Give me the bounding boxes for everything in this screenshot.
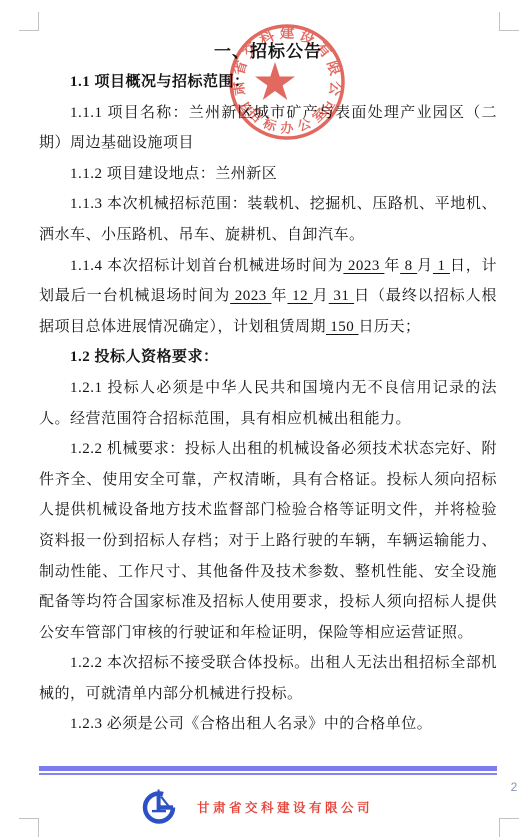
text-run: 日历天； [359,319,421,335]
text-boundary-corner-mark [19,818,39,837]
footer-rule-thick-line [39,766,497,771]
logo-cable [161,797,169,807]
text-run: 1.2.1 投标人必须是中华人民共和国境内无不良信用记录的法人。经营范围符合招标… [39,380,497,427]
text-run: 1.1 项目概况与招标范围： [70,74,250,90]
section-heading: 1.1 项目概况与招标范围： [39,67,497,98]
text-run: 1.2 投标人资格要求： [70,349,219,365]
text-run: 年 [271,288,287,304]
paragraph: 1.1.3 本次机械招标范围：装载机、挖掘机、压路机、平地机、洒水车、小压路机、… [39,189,497,250]
paragraph: 1.2.3 必须是公司《合格出租人名录》中的合格单位。 [39,709,497,740]
paragraph: 1.1.4 本次招标计划首台机械进场时间为 2023 年 8 月 1 日，计划最… [39,251,497,343]
underlined-value: 2023 [343,258,384,274]
footer-rule-thin-line [39,773,497,775]
text-run: 1.1.1 项目名称：兰州新区城市矿产与表面处理产业园区（二期）周边基础设施项目 [39,105,497,152]
underlined-value: 2023 [230,288,271,304]
page-number: 2 [507,780,521,794]
logo-base [152,810,166,812]
paragraph: 1.2.2 本次招标不接受联合体投标。出租人无法出租招标全部机械的，可就清单内部… [39,648,497,709]
text-run: 月 [417,258,433,274]
text-run: 1.2.2 机械要求：投标人出租的机械设备必须技术状态完好、附件齐全、使用安全可… [39,441,497,641]
underlined-value: 12 [287,288,312,304]
footer-company-name: 甘肃省交科建设有限公司 [197,798,373,816]
section-heading: 1.2 投标人资格要求： [39,342,497,373]
underlined-value: 31 [329,288,354,304]
text-boundary-corner-mark [499,818,519,837]
text-run: 1.1.3 本次机械招标范围：装载机、挖掘机、压路机、平地机、洒水车、小压路机、… [39,196,497,243]
underlined-value: 8 [400,258,417,274]
paragraph: 1.1.2 项目建设地点：兰州新区 [39,159,497,190]
underlined-value: 150 [326,319,359,335]
paragraph: 1.1.1 项目名称：兰州新区城市矿产与表面处理产业园区（二期）周边基础设施项目 [39,98,497,159]
text-run: 1.2.3 必须是公司《合格出租人名录》中的合格单位。 [70,716,432,732]
text-run: 1.2.2 本次招标不接受联合体投标。出租人无法出租招标全部机械的，可就清单内部… [39,655,497,702]
company-logo-icon [141,786,178,826]
paragraph: 1.2.2 机械要求：投标人出租的机械设备必须技术状态完好、附件齐全、使用安全可… [39,434,497,648]
text-run: 月 [313,288,329,304]
text-run: 年 [384,258,400,274]
document-content: 一、招标公告 1.1 项目概况与招标范围：1.1.1 项目名称：兰州新区城市矿产… [39,36,497,740]
text-boundary-corner-mark [499,12,519,31]
logo-tower [157,793,161,810]
text-run: 1.1.2 项目建设地点：兰州新区 [70,166,277,182]
underlined-value: 1 [433,258,450,274]
logo-spire [158,790,160,794]
document-title: 一、招标公告 [39,36,497,67]
text-run: 1.1.4 本次招标计划首台机械进场时间为 [70,258,343,274]
text-boundary-corner-mark [19,12,39,31]
paragraph: 1.2.1 投标人必须是中华人民共和国境内无不良信用记录的法人。经营范围符合招标… [39,373,497,434]
footer-rule [39,766,497,775]
